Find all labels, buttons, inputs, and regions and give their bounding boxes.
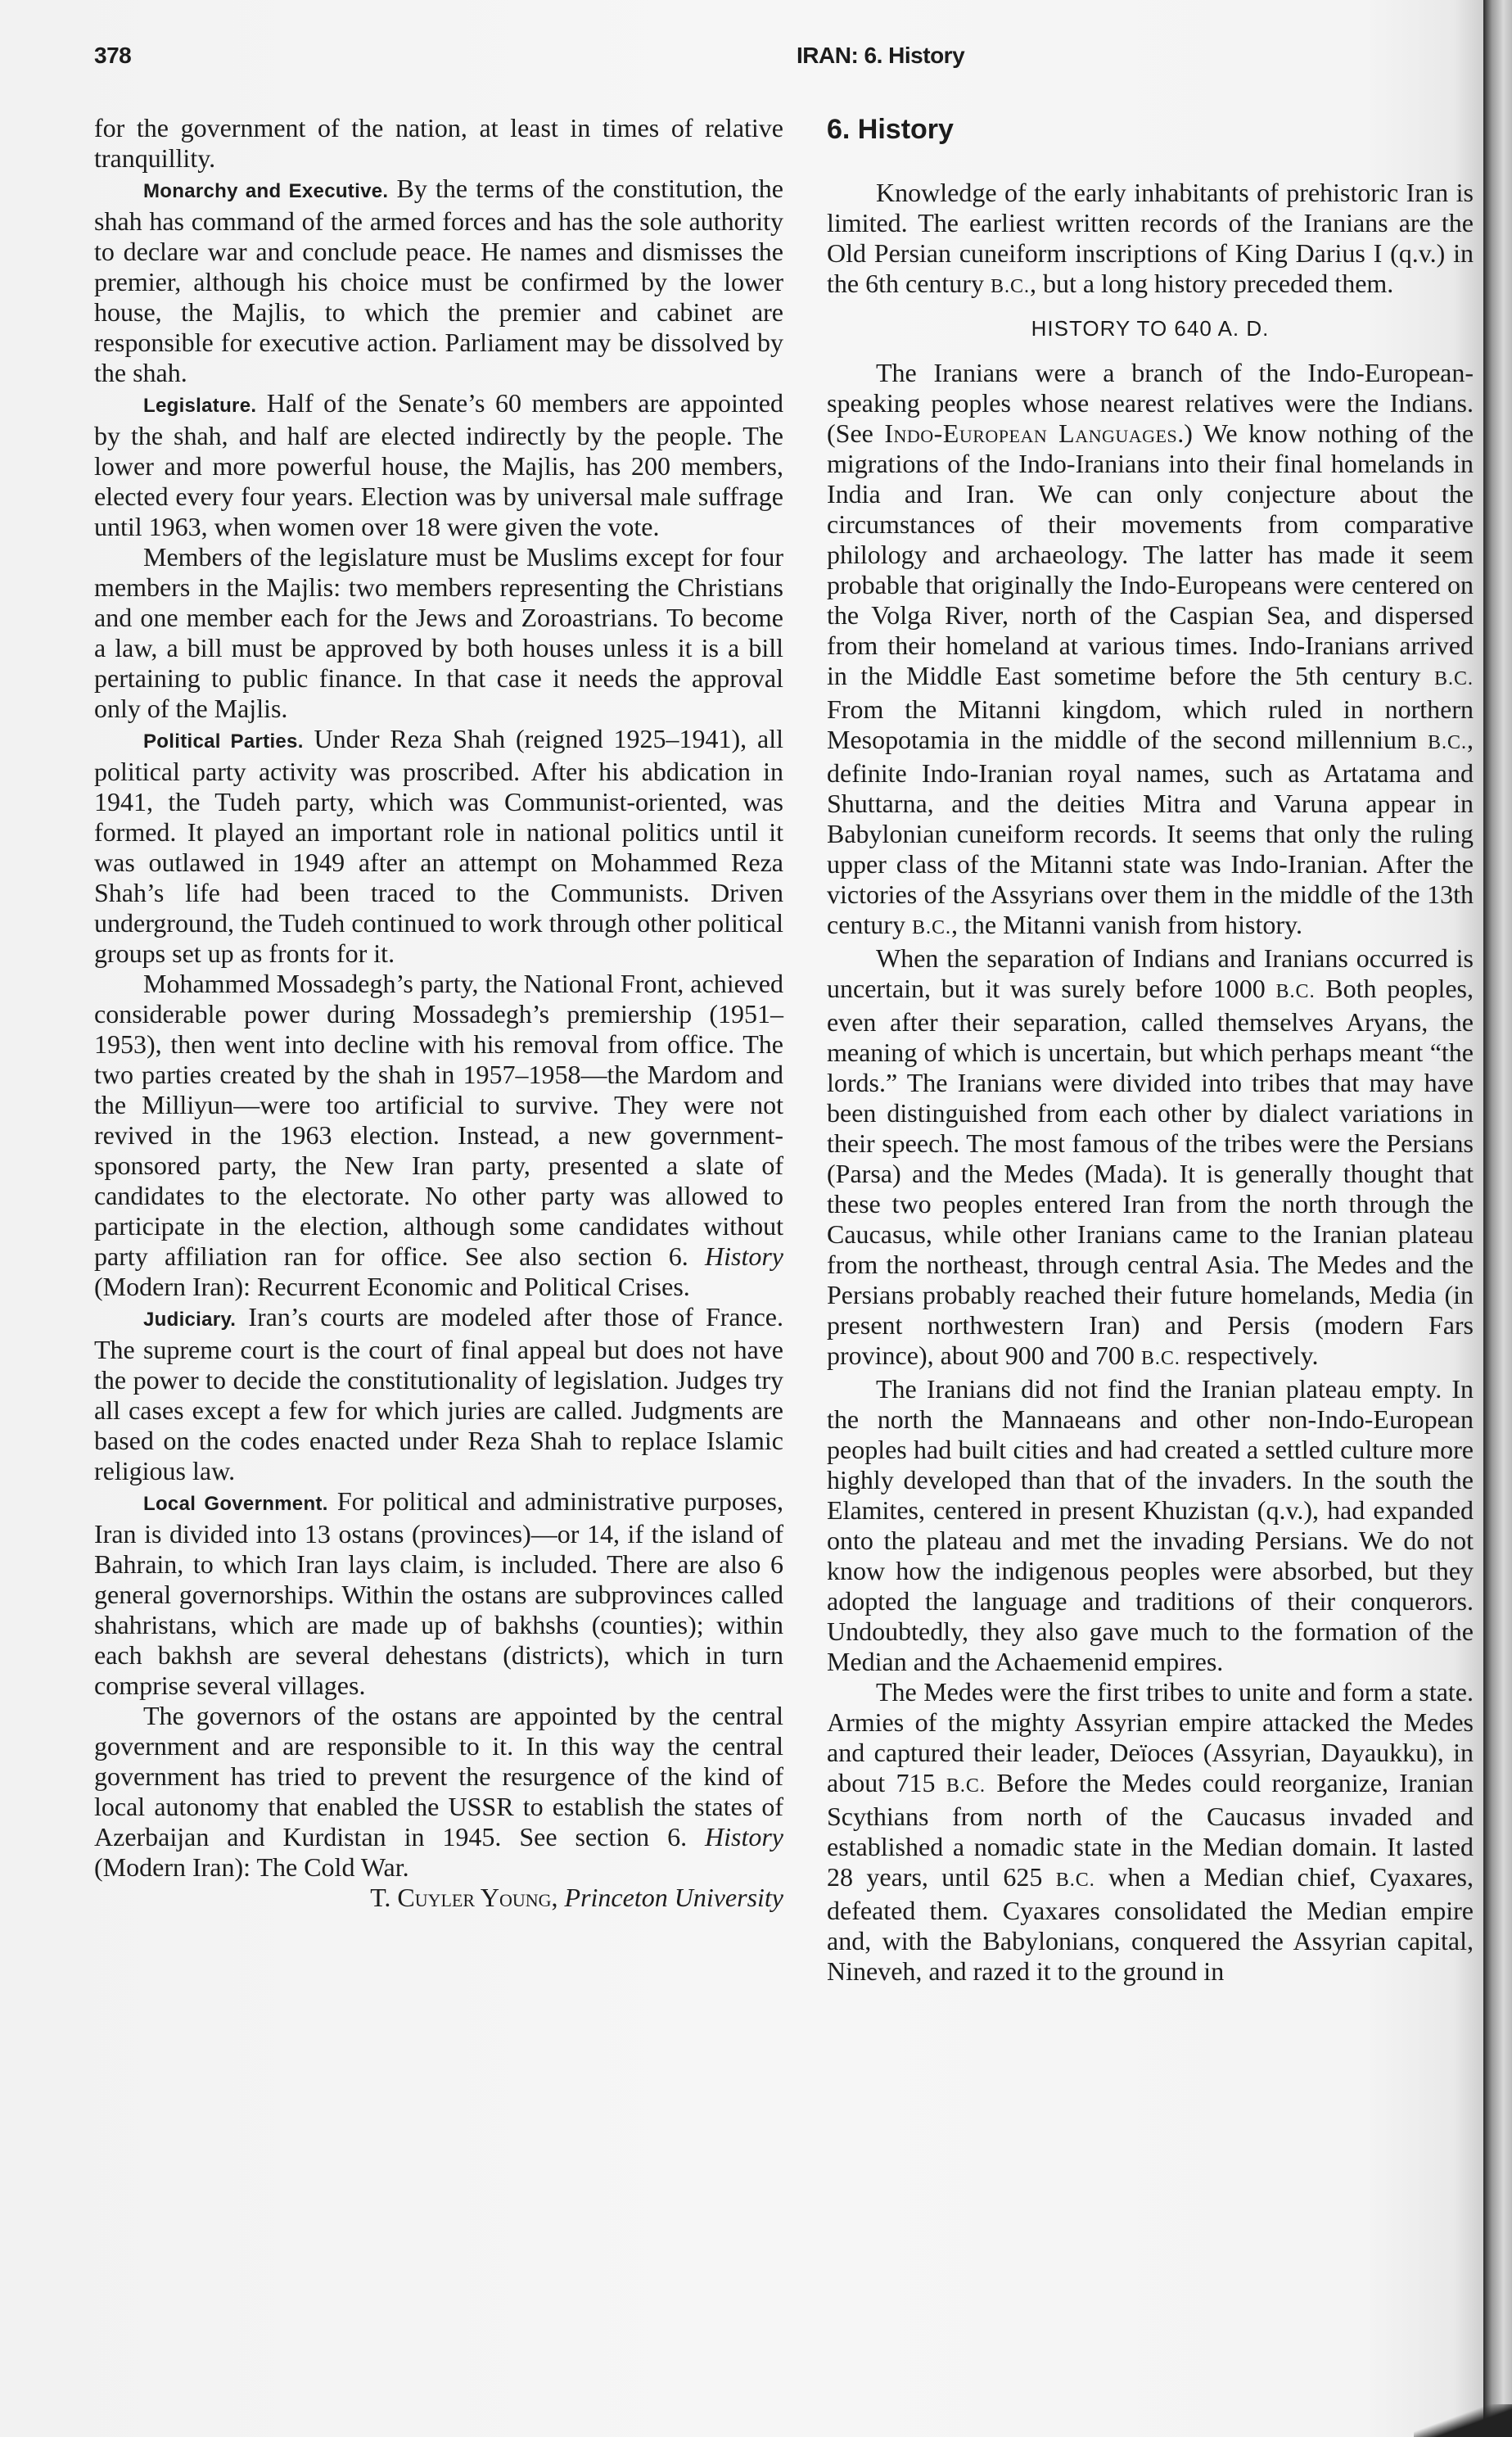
paragraph-judiciary: Judiciary. Iran’s courts are modeled aft… — [94, 1302, 783, 1486]
paragraph-political-parties: Political Parties. Under Reza Shah (reig… — [94, 724, 783, 969]
author-affiliation: Princeton University — [565, 1883, 783, 1912]
author-signature: T. Cuyler Young, Princeton University — [94, 1883, 783, 1913]
paragraph-local-government: Local Government. For political and admi… — [94, 1486, 783, 1701]
author-name: T. Cuyler Young, — [370, 1883, 557, 1912]
paragraph: When the separation of Indians and Irani… — [827, 943, 1474, 1374]
paragraph: The Iranians did not find the Iranian pl… — [827, 1374, 1474, 1677]
run-in-heading: Monarchy and Executive. — [143, 180, 388, 202]
left-column: for the government of the nation, at lea… — [94, 113, 783, 1913]
run-in-heading: Judiciary. — [143, 1309, 236, 1331]
cross-reference: History — [705, 1822, 783, 1851]
paragraph: Members of the legislature must be Musli… — [94, 542, 783, 724]
subsection-heading: HISTORY TO 640 A. D. — [827, 314, 1474, 343]
paragraph: The Iranians were a branch of the Indo-E… — [827, 358, 1474, 943]
book-page: 378 IRAN: 6. History for the government … — [0, 0, 1483, 2437]
right-column: 6. History Knowledge of the early inhabi… — [827, 113, 1474, 1987]
run-in-heading: Legislature. — [143, 395, 256, 417]
paragraph: Mohammed Mossadegh’s party, the National… — [94, 969, 783, 1302]
run-in-heading: Political Parties. — [143, 730, 304, 753]
paragraph: The Medes were the first tribes to unite… — [827, 1677, 1474, 1987]
running-head: 378 IRAN: 6. History — [94, 43, 1486, 75]
page-number: 378 — [94, 43, 131, 69]
paragraph: Knowledge of the early inhabitants of pr… — [827, 178, 1474, 302]
cross-reference: Indo-European Lan­guages — [884, 418, 1177, 448]
paragraph-monarchy: Monarchy and Executive. By the terms of … — [94, 174, 783, 388]
running-head-title: IRAN: 6. History — [797, 43, 964, 69]
paragraph: The governors of the ostans are appointe… — [94, 1701, 783, 1883]
run-in-heading: Local Government. — [143, 1493, 328, 1515]
section-title: 6. History — [827, 113, 1474, 146]
page-edge-shadow — [1483, 0, 1512, 2437]
paragraph: for the government of the nation, at lea… — [94, 113, 783, 174]
paragraph-legislature: Legislature. Half of the Senate’s 60 mem… — [94, 388, 783, 542]
page-corner-shadow — [1414, 2404, 1512, 2437]
cross-reference: History — [705, 1241, 783, 1271]
